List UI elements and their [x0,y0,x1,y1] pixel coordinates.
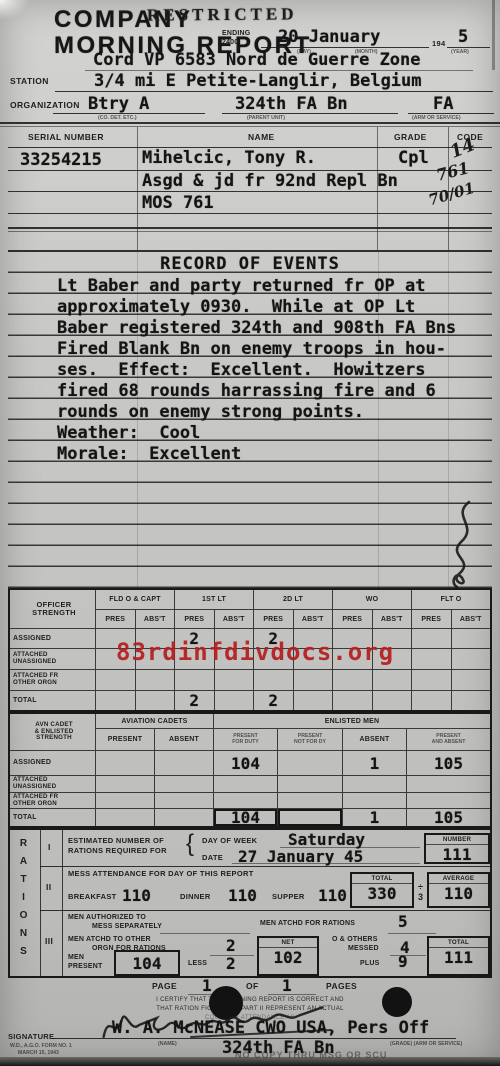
avn-col-present-not-for-duty: PRESENTNOT FOR DY [277,728,342,750]
avn-cell [154,775,213,792]
year-caption: (YEAR) [451,49,469,55]
rations-letter-divider [40,830,41,976]
events-line: Lt Baber and party returned fr OP at [57,276,425,296]
avn-cell [277,792,342,808]
rations-numeral-divider [62,830,63,976]
rations-row-divider [40,910,490,911]
officer-cell [332,669,372,690]
name-header: NAME [248,132,275,142]
report-date: 20 January [278,27,380,47]
average-value: 110 [429,884,488,903]
personnel-rule [8,191,492,192]
website-watermark: 83rdinfdivdocs.org [116,638,394,666]
record-of-events-title: RECORD OF EVENTS [8,254,492,274]
rations-numeral-1: I [48,842,51,852]
avn-cell [95,808,154,826]
mess-total-box: TOTAL 330 [350,872,414,908]
officer-subheader-abst: ABS'T [135,609,175,628]
officer-row-label: ASSIGNED [10,628,95,648]
scan-corner-highlight [0,0,30,20]
ending-label: ENDING [222,30,250,37]
men-present-value: 104 [116,954,178,973]
record-of-events-section: RECORD OF EVENTS Lt Baber and party retu… [8,252,492,588]
mess-total-value: 330 [352,884,412,903]
avn-cell [406,792,490,808]
officer-cell [411,690,451,710]
less-value: 2 [226,954,236,973]
others-label-1: O & OTHERS [332,936,378,943]
rations-numeral-3: III [45,936,53,946]
net-label: NET [259,938,317,948]
officer-cell [253,669,293,690]
personnel-section: SERIAL NUMBER NAME GRADE CODE 33254215 M… [8,127,492,252]
officer-cell [174,669,214,690]
officer-group-header: WO [332,590,411,609]
officer-cell [332,690,372,710]
dinner-label: DINNER [180,892,211,901]
officer-subheader-abst: ABS'T [214,609,254,628]
signature-label: SIGNATURE [8,1032,54,1041]
officer-cell [411,669,451,690]
officer-subheader-pres: PRES [332,609,372,628]
avn-cell [95,750,154,775]
officer-subheader-pres: PRES [253,609,293,628]
mess-separately-label-2: MESS SEPARATELY [92,923,162,930]
avn-cell [213,775,277,792]
net-value: 102 [259,948,317,967]
officer-cell [411,628,451,648]
station-value: 3/4 mi E Petite-Langlir, Belgium [94,71,422,91]
avn-total-absent: 1 [342,808,406,826]
officer-cell [451,648,491,669]
rations-total-label: TOTAL [429,938,488,948]
serial-value: 33254215 [20,150,102,170]
avn-group-enlisted: ENLISTED MEN [213,714,490,728]
events-line: rounds on enemy strong points. [57,402,364,422]
atchd-for-underline [388,933,436,934]
avn-cell [277,775,342,792]
avn-row-label: TOTAL [10,808,95,826]
day-of-week-label: DAY OF WEEK [202,836,257,845]
officer-group-header: FLD O & CAPT [95,590,174,609]
form-number-line-2: MARCH 15, 1943 [18,1050,59,1056]
net-box: NET 102 [257,936,319,976]
org-arm-caption: (ARM OR SERVICE) [412,115,461,121]
less-label: LESS [188,960,207,967]
officer-cell [135,669,175,690]
restricted-stamp: RESTRICTED [147,4,298,25]
name-value: Mihelcic, Tony R. [142,148,316,168]
officer-cell [451,628,491,648]
organization-label: ORGANIZATION [10,100,80,110]
avn-row-label: ASSIGNED [10,750,95,775]
page-value: 1 [202,976,212,995]
plus-label: PLUS [360,960,379,967]
ending-value: 2400 [222,39,238,46]
rations-brace: { [186,830,194,858]
officer-strength-title: OFFICERSTRENGTH [10,590,95,628]
officer-row-label: TOTAL [10,690,95,710]
avn-group-cadets: AVIATION CADETS [95,714,213,728]
grade-value: Cpl [398,148,429,168]
breakfast-label: BREAKFAST [68,892,117,901]
rations-section: RATIONS I II III ESTIMATED NUMBER OF RAT… [8,828,492,978]
org-parent-value: 324th FA Bn [235,94,348,114]
officer-group-header: 1ST LT [174,590,253,609]
number-value: 111 [426,845,488,864]
personnel-rule [8,231,492,232]
officer-row-label: ATTACHEDUNASSIGNED [10,648,95,669]
officer-subheader-pres: PRES [95,609,135,628]
page-label: PAGE [152,981,177,991]
remark-line-1: Asgd & jd fr 92nd Repl Bn [142,171,398,191]
personnel-rule [8,227,492,229]
avn-col-present-and-absent: PRESENTAND ABSENT [406,728,490,750]
men-present-box: 104 [114,950,180,976]
avn-cell [154,792,213,808]
officer-subheader-abst: ABS'T [451,609,491,628]
plus-value: 9 [398,952,408,971]
rations-total-value: 111 [429,948,488,967]
men-present-label-1: MEN [68,954,84,961]
avn-cell [342,775,406,792]
atchd-other-value: 2 [226,936,236,955]
events-line: Baber registered 324th and 908th FA Bns [57,318,456,338]
grade-arm-caption: (GRADE) (ARM OR SERVICE) [390,1041,462,1047]
pages-label: PAGES [326,981,357,991]
events-line: Morale: Excellent [57,444,241,464]
date-label: DATE [202,853,223,862]
avn-total-pfd: 104 [213,808,277,826]
atchd-other-label-1: MEN ATCHD TO OTHER [68,936,151,943]
officer-cell [135,690,175,710]
officer-cell [95,690,135,710]
dinner-value: 110 [228,886,257,905]
year-printed: 194 [432,39,445,48]
avn-assigned-absent: 1 [342,750,406,775]
events-line: Weather: Cool [57,423,200,443]
mess-attendance-title: MESS ATTENDANCE FOR DAY OF THIS REPORT [68,869,254,878]
officer-row-label: ATTACHED FROTHER ORGN [10,669,95,690]
avn-strength-title: AVN CADET& ENLISTEDSTRENGTH [10,714,95,750]
rations-est-label-1: ESTIMATED NUMBER OF [68,836,164,845]
avn-cell [154,750,213,775]
officer-cell [214,690,254,710]
name-caption: (NAME) [158,1041,177,1047]
officer-cell [411,648,451,669]
officer-cell [372,690,412,710]
avn-col-absent-enlisted: ABSENT [342,728,406,750]
org-arm-value: FA [433,94,453,114]
average-label: AVERAGE [429,874,488,884]
avn-row-label: ATTACHEDUNASSIGNED [10,775,95,792]
officer-subheader-abst: ABS'T [293,609,333,628]
officer-cell [293,690,333,710]
code-handwritten-3: 70/01 [426,179,476,209]
avn-cell [154,808,213,826]
others-label-2: MESSED [348,945,379,952]
officer-cell [372,669,412,690]
officer-cell [451,669,491,690]
scan-edge-right [492,0,495,70]
form-number-line-1: W.D., A.G.O. FORM NO. 1 [10,1043,72,1049]
signature-unit-typed: 324th FA Bn [222,1038,335,1058]
mess-sep-underline [160,933,250,934]
morning-report-document: COMPANY MORNING REPORT RESTRICTED ENDING… [0,0,500,1066]
officer-total-1lt-pres: 2 [174,690,214,710]
of-label: OF [246,981,259,991]
officer-cell [293,669,333,690]
rations-total-box: TOTAL 111 [427,936,490,976]
avn-col-absent: ABSENT [154,728,213,750]
signature-name-typed: W. A. McNEASE CWO USA, Pers Off [112,1018,429,1038]
others-underline [390,955,426,956]
avn-row-label: ATTACHED FROTHER ORGN [10,792,95,808]
events-line: Fired Blank Bn on enemy troops in hou- [57,339,446,359]
org-unit-value: Btry A [88,94,149,114]
avn-total-pa: 105 [406,808,490,826]
number-label: NUMBER [426,835,488,845]
officer-subheader-pres: PRES [174,609,214,628]
breakfast-value: 110 [122,886,151,905]
supper-label: SUPPER [272,892,305,901]
avn-cell [277,808,342,826]
handwritten-flourish [445,498,481,590]
divide-by-three: ÷3 [416,882,425,902]
officer-cell [95,669,135,690]
avn-assigned-pa: 105 [406,750,490,775]
rations-numeral-2: II [46,882,52,892]
avn-cell [342,792,406,808]
pages-underline [268,994,316,995]
station-underline [55,91,493,92]
remark-line-2: MOS 761 [142,193,214,213]
events-line: fired 68 rounds harrassing fire and 6 [57,381,436,401]
avn-cell [277,750,342,775]
mess-separately-label-1: MEN AUTHORIZED TO [68,914,146,921]
avn-cell [406,775,490,792]
grade-header: GRADE [394,132,427,142]
rations-est-label-2: RATIONS REQUIRED FOR [68,846,167,855]
personnel-rule [8,213,492,214]
officer-cell [451,690,491,710]
avn-col-present: PRESENT [95,728,154,750]
rations-row-divider [40,866,490,867]
officer-subheader-pres: PRES [411,609,451,628]
date-underline2 [232,863,420,864]
org-unit-caption: (CO. DET. ETC.) [98,115,137,121]
number-box: NUMBER 111 [424,833,490,864]
mess-total-label: TOTAL [352,874,412,884]
avn-cell [95,775,154,792]
date-underline [261,47,429,48]
events-line: approximately 0930. While at OP Lt [57,297,415,317]
code-line: Cord VP 6583 Nord de Guerre Zone [93,50,421,70]
enlisted-strength-table: AVN CADET& ENLISTEDSTRENGTH AVIATION CAD… [8,712,492,828]
org-parent-caption: (PARENT UNIT) [247,115,285,121]
header-heavy-rule-1 [0,122,500,124]
officer-cell [214,669,254,690]
avn-cell [95,792,154,808]
pages-value: 1 [282,976,292,995]
officer-subheader-abst: ABS'T [372,609,412,628]
officer-total-2lt-pres: 2 [253,690,293,710]
avn-cell [213,792,277,808]
avn-col-present-for-duty: PRESENTFOR DUTY [213,728,277,750]
men-present-label-2: PRESENT [68,963,102,970]
atchd-for-rations-label: MEN ATCHD FOR RATIONS [260,920,355,927]
supper-value: 110 [318,886,347,905]
avn-assigned-pfd: 104 [213,750,277,775]
year-typed: 5 [458,27,468,47]
rations-vertical-label: RATIONS [18,838,29,976]
station-label: STATION [10,76,49,86]
atchd-for-rations-value: 5 [398,912,408,931]
events-line: ses. Effect: Excellent. Howitzers [57,360,425,380]
average-box: AVERAGE 110 [427,872,490,908]
serial-number-header: SERIAL NUMBER [28,132,104,142]
punch-hole-right [382,987,412,1017]
officer-group-header: 2D LT [253,590,332,609]
officer-group-header: FLT O [411,590,490,609]
